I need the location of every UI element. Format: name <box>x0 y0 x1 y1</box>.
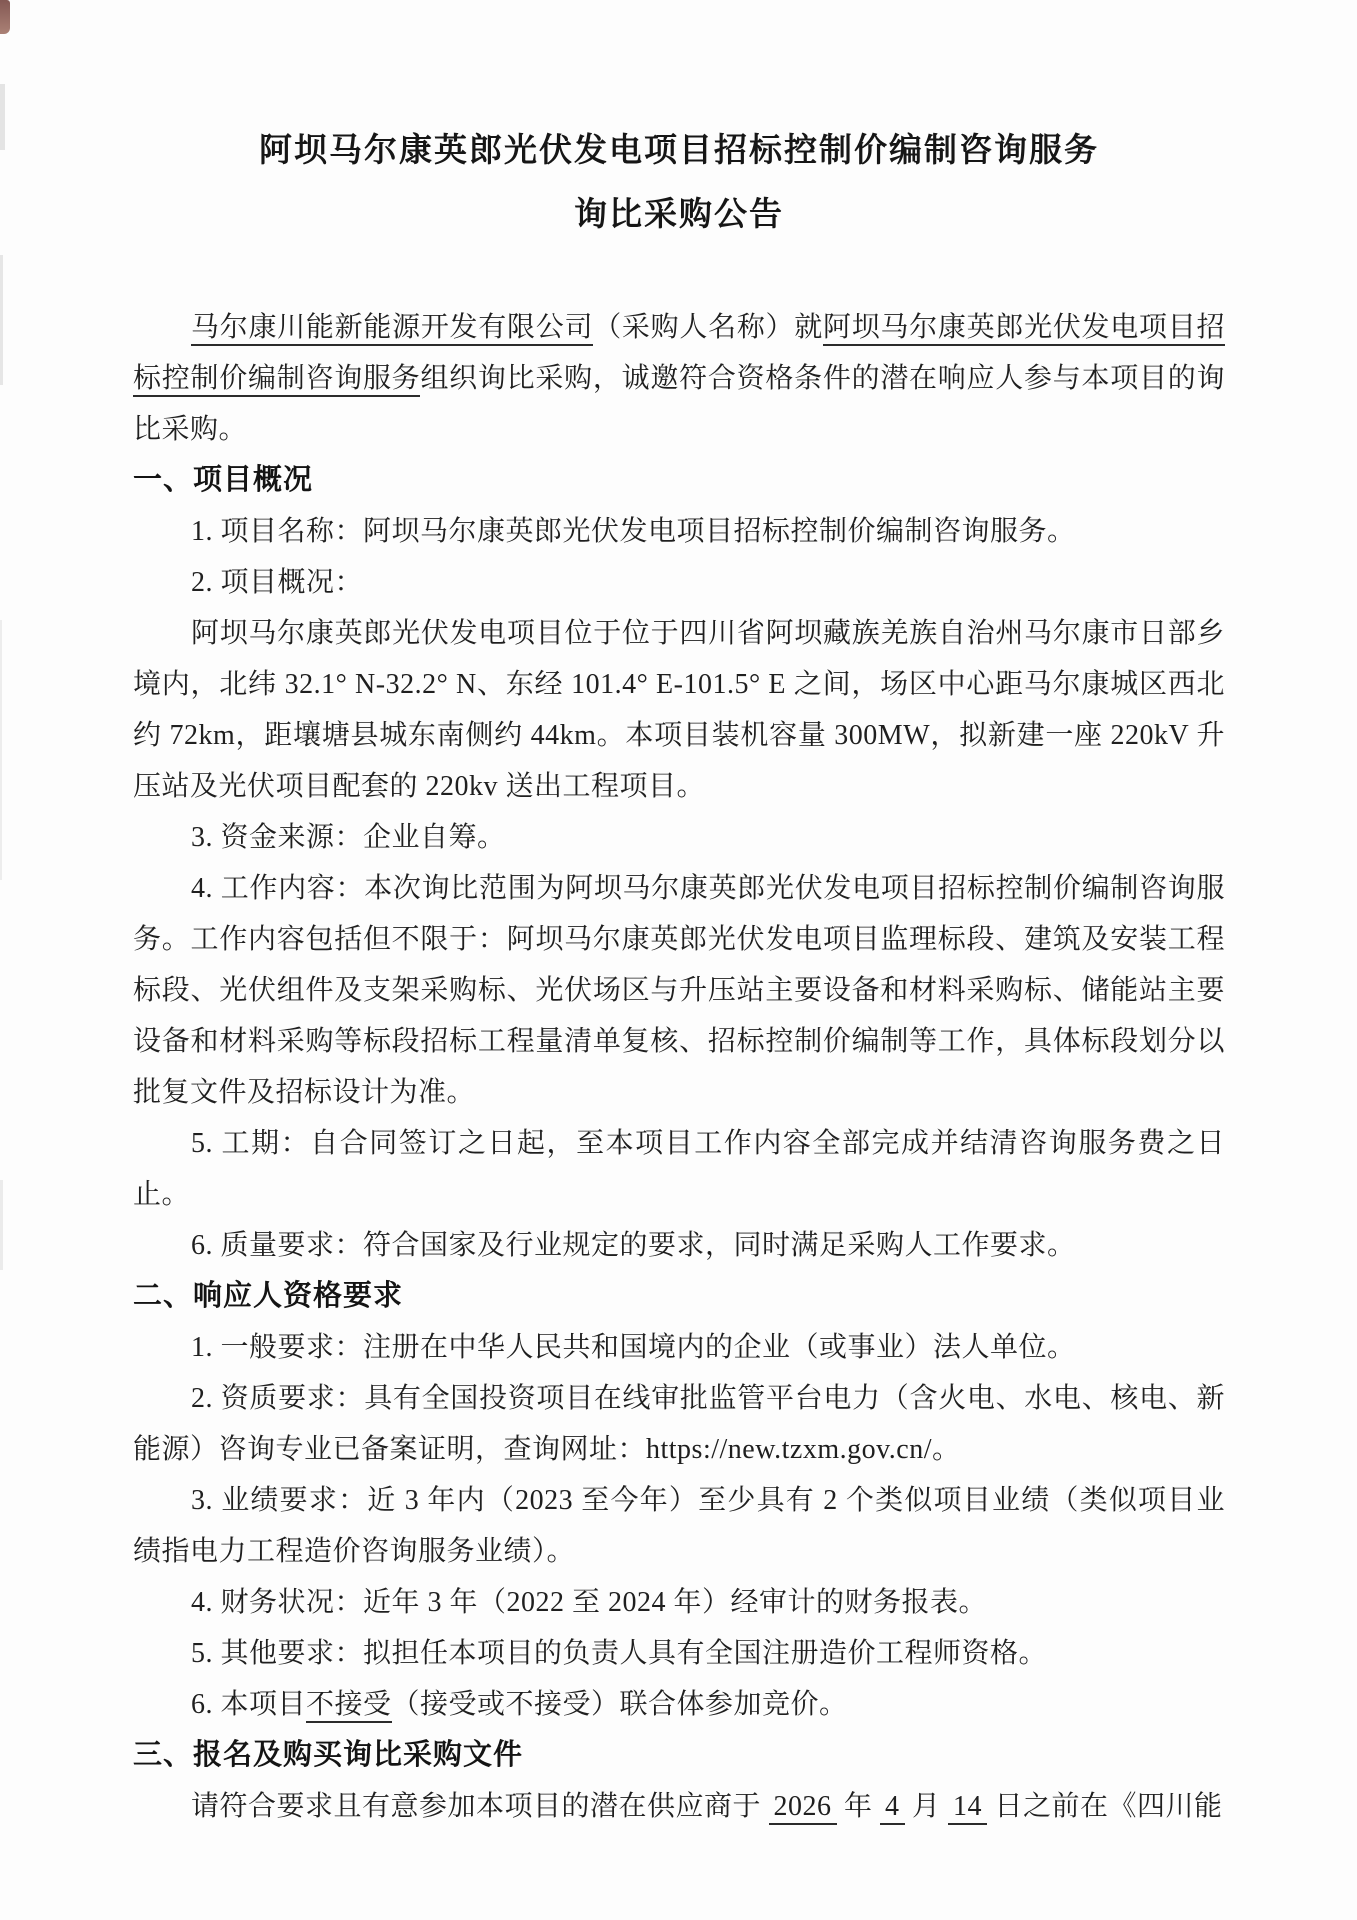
document-content: 阿坝马尔康英郎光伏发电项目招标控制价编制咨询服务 询比采购公告 马尔康川能新能源… <box>133 118 1225 1832</box>
section2-item3-performance: 3. 业绩要求：近 3 年内（2023 至今年）至少具有 2 个类似项目业绩（类… <box>133 1475 1225 1577</box>
scan-artifact-left-streak-2 <box>0 620 2 880</box>
section1-item4-work-scope: 4. 工作内容：本次询比范围为阿坝马尔康英郎光伏发电项目招标控制价编制咨询服务。… <box>133 863 1225 1118</box>
section1-item2-overview-label: 2. 项目概况： <box>133 557 1225 608</box>
deadline-year-underlined: 2026 <box>769 1791 837 1825</box>
section3-heading: 三、报名及购买询比采购文件 <box>133 1730 1225 1781</box>
deadline-tail-text: 日之前在《四川能 <box>995 1791 1223 1822</box>
deadline-month-label: 月 <box>912 1791 941 1822</box>
section2-item4-finance: 4. 财务状况：近年 3 年（2022 至 2024 年）经审计的财务报表。 <box>133 1577 1225 1628</box>
section1-item6-quality: 6. 质量要求：符合国家及行业规定的要求，同时满足采购人工作要求。 <box>133 1220 1225 1271</box>
document-title-line2: 询比采购公告 <box>133 182 1225 246</box>
not-accepted-underlined: 不接受 <box>306 1689 392 1723</box>
deadline-year-label: 年 <box>844 1791 873 1822</box>
intro-paragraph: 马尔康川能新能源开发有限公司（采购人名称）就阿坝马尔康英郎光伏发电项目招标控制价… <box>133 302 1225 455</box>
intro-mid-text: （采购人名称）就 <box>593 312 823 343</box>
scan-artifact-corner-mark <box>0 0 10 34</box>
deadline-day-underlined: 14 <box>948 1791 987 1825</box>
consortium-pre-text: 6. 本项目 <box>191 1689 306 1720</box>
section1-item3-funding: 3. 资金来源：企业自筹。 <box>133 812 1225 863</box>
deadline-pre-text: 请符合要求且有意参加本项目的潜在供应商于 <box>191 1791 761 1822</box>
scan-artifact-edge-smudge <box>0 84 5 150</box>
scan-artifact-left-streak-1 <box>0 255 3 385</box>
section1-item1-project-name: 1. 项目名称：阿坝马尔康英郎光伏发电项目招标控制价编制咨询服务。 <box>133 506 1225 557</box>
purchaser-name-underlined: 马尔康川能新能源开发有限公司 <box>191 312 593 346</box>
consortium-post-text: （接受或不接受）联合体参加竞价。 <box>392 1689 848 1720</box>
scanned-document-page: 阿坝马尔康英郎光伏发电项目招标控制价编制咨询服务 询比采购公告 马尔康川能新能源… <box>0 0 1357 1920</box>
document-title-line1: 阿坝马尔康英郎光伏发电项目招标控制价编制咨询服务 <box>133 118 1225 182</box>
section2-item6-consortium: 6. 本项目不接受（接受或不接受）联合体参加竞价。 <box>133 1679 1225 1730</box>
section2-heading: 二、响应人资格要求 <box>133 1271 1225 1322</box>
deadline-month-underlined: 4 <box>880 1791 905 1825</box>
section2-item1-general: 1. 一般要求：注册在中华人民共和国境内的企业（或事业）法人单位。 <box>133 1322 1225 1373</box>
section2-item5-other: 5. 其他要求：拟担任本项目的负责人具有全国注册造价工程师资格。 <box>133 1628 1225 1679</box>
section1-overview-paragraph: 阿坝马尔康英郎光伏发电项目位于位于四川省阿坝藏族羌族自治州马尔康市日部乡境内，北… <box>133 608 1225 812</box>
section3-deadline-line: 请符合要求且有意参加本项目的潜在供应商于 2026 年 4 月 14 日之前在《… <box>133 1781 1225 1832</box>
scan-artifact-left-streak-3 <box>0 1180 3 1270</box>
section1-heading: 一、项目概况 <box>133 455 1225 506</box>
section1-item5-duration: 5. 工期：自合同签订之日起，至本项目工作内容全部完成并结清咨询服务费之日止。 <box>133 1118 1225 1220</box>
section2-item2-qualification: 2. 资质要求：具有全国投资项目在线审批监管平台电力（含火电、水电、核电、新能源… <box>133 1373 1225 1475</box>
